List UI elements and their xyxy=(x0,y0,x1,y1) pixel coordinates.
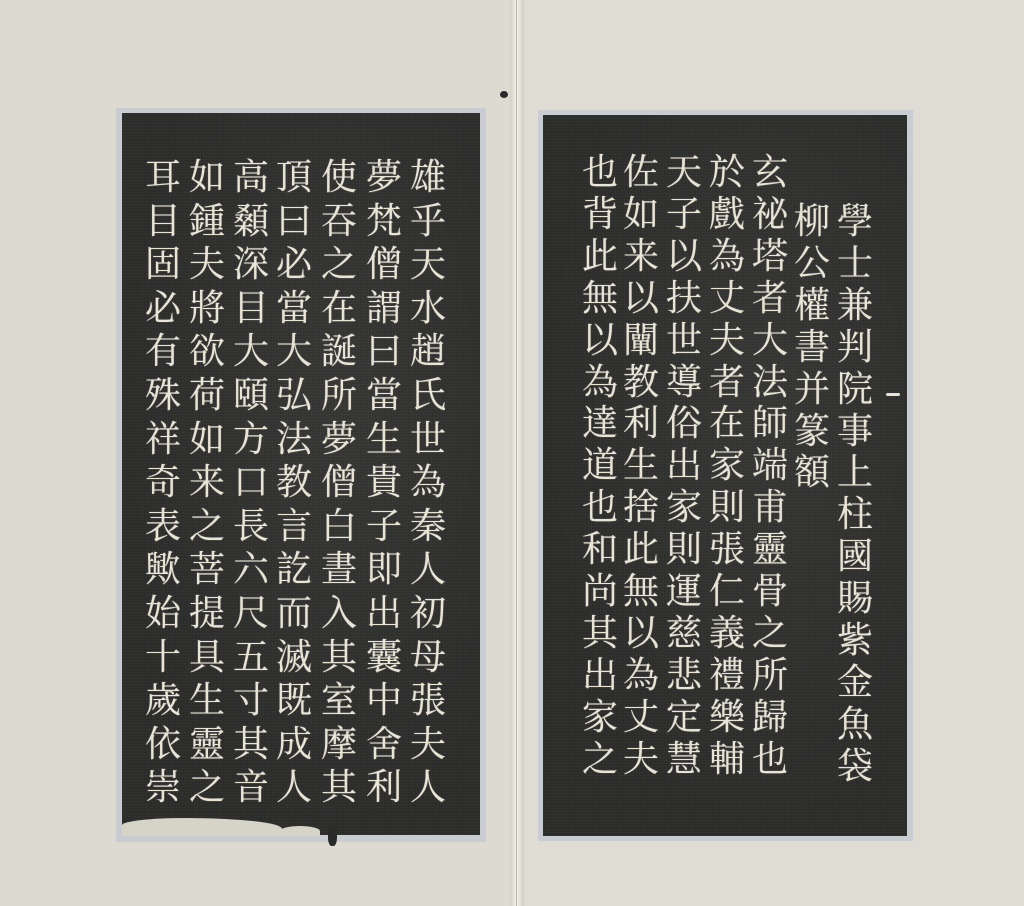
character: 則 xyxy=(704,488,750,528)
character: 表 xyxy=(140,507,186,547)
character: 運 xyxy=(661,572,707,612)
character: 賜 xyxy=(832,579,878,619)
character: 深 xyxy=(228,245,274,285)
paper-damage-area xyxy=(122,818,282,836)
character: 中 xyxy=(361,681,407,721)
book-gutter xyxy=(510,0,524,906)
character: 言 xyxy=(271,507,317,547)
character: 乎 xyxy=(405,202,451,242)
character: 利 xyxy=(618,404,664,444)
character: 義 xyxy=(704,614,750,654)
character: 樂 xyxy=(704,698,750,738)
character: 法 xyxy=(271,420,317,460)
character: 晝 xyxy=(316,550,362,590)
character: 定 xyxy=(661,698,707,738)
character: 所 xyxy=(316,376,362,416)
character: 靈 xyxy=(747,530,793,570)
character: 夢 xyxy=(316,420,362,460)
character: 事 xyxy=(832,412,878,452)
character: 出 xyxy=(577,656,623,696)
character: 如 xyxy=(184,158,230,198)
character: 訖 xyxy=(271,550,317,590)
character: 生 xyxy=(184,681,230,721)
character: 并 xyxy=(789,370,835,410)
character: 即 xyxy=(361,550,407,590)
character: 来 xyxy=(618,237,664,277)
character: 為 xyxy=(618,656,664,696)
character: 士 xyxy=(832,244,878,284)
character: 魚 xyxy=(832,705,878,745)
character: 僧 xyxy=(361,245,407,285)
character: 寸 xyxy=(228,681,274,721)
character: 夫 xyxy=(704,321,750,361)
character: 奇 xyxy=(140,463,186,503)
character: 出 xyxy=(661,446,707,486)
character: 夫 xyxy=(405,725,451,765)
character: 其 xyxy=(316,638,362,678)
character: 祥 xyxy=(140,420,186,460)
character: 額 xyxy=(789,453,835,493)
character: 高 xyxy=(228,158,274,198)
character: 師 xyxy=(747,404,793,444)
character: 柱 xyxy=(832,495,878,535)
character: 俗 xyxy=(661,404,707,444)
character: 生 xyxy=(361,420,407,460)
character: 導 xyxy=(661,363,707,403)
character: 生 xyxy=(618,446,664,486)
character: 既 xyxy=(271,681,317,721)
character: 者 xyxy=(704,363,750,403)
character: 子 xyxy=(361,507,407,547)
character: 道 xyxy=(577,446,623,486)
character: 荷 xyxy=(184,376,230,416)
character: 為 xyxy=(405,463,451,503)
character: 始 xyxy=(140,594,186,634)
character: 如 xyxy=(184,420,230,460)
character: 端 xyxy=(747,446,793,486)
paper-damage-area xyxy=(280,826,320,836)
character: 於 xyxy=(704,153,750,193)
character: 目 xyxy=(228,289,274,329)
character: 教 xyxy=(618,363,664,403)
character: 殊 xyxy=(140,376,186,416)
character: 弘 xyxy=(271,376,317,416)
character: 上 xyxy=(832,453,878,493)
character: 依 xyxy=(140,725,186,765)
character: 塔 xyxy=(747,237,793,277)
character: 頂 xyxy=(271,158,317,198)
character: 謂 xyxy=(361,289,407,329)
character: 學 xyxy=(832,202,878,242)
character: 菩 xyxy=(184,550,230,590)
character: 梵 xyxy=(361,202,407,242)
character: 法 xyxy=(747,363,793,403)
character: 甫 xyxy=(747,488,793,528)
character: 以 xyxy=(618,279,664,319)
character: 祕 xyxy=(747,195,793,235)
character: 歟 xyxy=(140,550,186,590)
character: 丈 xyxy=(618,698,664,738)
character: 提 xyxy=(184,594,230,634)
character: 秦 xyxy=(405,507,451,547)
character: 書 xyxy=(789,328,835,368)
character: 者 xyxy=(747,279,793,319)
character: 之 xyxy=(184,507,230,547)
character: 之 xyxy=(577,740,623,780)
character: 張 xyxy=(405,681,451,721)
character: 人 xyxy=(271,768,317,808)
character: 其 xyxy=(316,768,362,808)
character: 家 xyxy=(661,488,707,528)
character: 利 xyxy=(361,768,407,808)
character: 曰 xyxy=(271,202,317,242)
character: 鍾 xyxy=(184,202,230,242)
character: 趙 xyxy=(405,332,451,372)
character: 音 xyxy=(228,768,274,808)
character: 之 xyxy=(184,768,230,808)
character: 固 xyxy=(140,245,186,285)
character: 此 xyxy=(618,530,664,570)
character: 捨 xyxy=(618,488,664,528)
character: 骨 xyxy=(747,572,793,612)
character: 世 xyxy=(405,420,451,460)
character: 兼 xyxy=(832,286,878,326)
character: 有 xyxy=(140,332,186,372)
character: 具 xyxy=(184,638,230,678)
character: 如 xyxy=(618,195,664,235)
character: 公 xyxy=(789,244,835,284)
character: 僧 xyxy=(316,463,362,503)
character: 當 xyxy=(271,289,317,329)
character: 白 xyxy=(316,507,362,547)
character: 紫 xyxy=(832,621,878,661)
character: 慧 xyxy=(661,740,707,780)
character: 戲 xyxy=(704,195,750,235)
character: 初 xyxy=(405,594,451,634)
character: 判 xyxy=(832,328,878,368)
character: 人 xyxy=(405,550,451,590)
gutter-fold-line xyxy=(516,0,517,906)
character: 大 xyxy=(228,332,274,372)
character: 篆 xyxy=(789,412,835,452)
character: 頤 xyxy=(228,376,274,416)
character: 輔 xyxy=(704,740,750,780)
character: 欲 xyxy=(184,332,230,372)
character: 天 xyxy=(405,245,451,285)
character: 人 xyxy=(405,768,451,808)
character: 口 xyxy=(228,463,274,503)
character: 水 xyxy=(405,289,451,329)
character: 也 xyxy=(747,740,793,780)
character: 丈 xyxy=(704,279,750,319)
character: 誕 xyxy=(316,332,362,372)
character: 也 xyxy=(577,488,623,528)
ink-spot xyxy=(500,91,508,98)
character: 大 xyxy=(747,321,793,361)
character: 扶 xyxy=(661,279,707,319)
character: 方 xyxy=(228,420,274,460)
character: 母 xyxy=(405,638,451,678)
character: 張 xyxy=(704,530,750,570)
character: 以 xyxy=(618,614,664,654)
character: 室 xyxy=(316,681,362,721)
character: 為 xyxy=(577,363,623,403)
column-marker-stroke xyxy=(886,393,900,396)
character: 在 xyxy=(316,289,362,329)
character: 家 xyxy=(704,446,750,486)
character: 慈 xyxy=(661,614,707,654)
character: 無 xyxy=(618,572,664,612)
character: 而 xyxy=(271,594,317,634)
character: 也 xyxy=(577,153,623,193)
character: 闡 xyxy=(618,321,664,361)
character: 曰 xyxy=(361,332,407,372)
character: 以 xyxy=(661,237,707,277)
character: 玄 xyxy=(747,153,793,193)
character: 顙 xyxy=(228,202,274,242)
character: 吞 xyxy=(316,202,362,242)
character: 以 xyxy=(577,321,623,361)
character: 舍 xyxy=(361,725,407,765)
character: 来 xyxy=(184,463,230,503)
character: 佐 xyxy=(618,153,664,193)
character: 成 xyxy=(271,725,317,765)
character: 在 xyxy=(704,404,750,444)
character: 崇 xyxy=(140,768,186,808)
character: 目 xyxy=(140,202,186,242)
character: 當 xyxy=(361,376,407,416)
character: 其 xyxy=(228,725,274,765)
character: 禮 xyxy=(704,656,750,696)
character: 摩 xyxy=(316,725,362,765)
character: 氏 xyxy=(405,376,451,416)
character: 其 xyxy=(577,614,623,654)
character: 之 xyxy=(316,245,362,285)
character: 使 xyxy=(316,158,362,198)
character: 囊 xyxy=(361,638,407,678)
character: 之 xyxy=(747,614,793,654)
character: 尚 xyxy=(577,572,623,612)
character: 六 xyxy=(228,550,274,590)
character: 所 xyxy=(747,656,793,696)
character: 雄 xyxy=(405,158,451,198)
character: 國 xyxy=(832,537,878,577)
character: 長 xyxy=(228,507,274,547)
character: 耳 xyxy=(140,158,186,198)
character: 達 xyxy=(577,404,623,444)
character: 天 xyxy=(661,153,707,193)
character: 權 xyxy=(789,286,835,326)
character: 滅 xyxy=(271,638,317,678)
character: 家 xyxy=(577,698,623,738)
character: 無 xyxy=(577,279,623,319)
ink-blot xyxy=(328,826,337,846)
character: 歸 xyxy=(747,698,793,738)
character: 悲 xyxy=(661,656,707,696)
character: 尺 xyxy=(228,594,274,634)
character: 夫 xyxy=(184,245,230,285)
character: 教 xyxy=(271,463,317,503)
character: 柳 xyxy=(789,202,835,242)
character: 金 xyxy=(832,663,878,703)
character: 出 xyxy=(361,594,407,634)
character: 必 xyxy=(140,289,186,329)
character: 世 xyxy=(661,321,707,361)
character: 必 xyxy=(271,245,317,285)
character: 歲 xyxy=(140,681,186,721)
character: 將 xyxy=(184,289,230,329)
character: 貴 xyxy=(361,463,407,503)
character: 袋 xyxy=(832,747,878,787)
character: 大 xyxy=(271,332,317,372)
character: 此 xyxy=(577,237,623,277)
character: 則 xyxy=(661,530,707,570)
character: 仁 xyxy=(704,572,750,612)
character: 十 xyxy=(140,638,186,678)
character: 入 xyxy=(316,594,362,634)
character: 夫 xyxy=(618,740,664,780)
character: 為 xyxy=(704,237,750,277)
character: 院 xyxy=(832,370,878,410)
character: 和 xyxy=(577,530,623,570)
character: 夢 xyxy=(361,158,407,198)
character: 子 xyxy=(661,195,707,235)
character: 背 xyxy=(577,195,623,235)
character: 靈 xyxy=(184,725,230,765)
character: 五 xyxy=(228,638,274,678)
